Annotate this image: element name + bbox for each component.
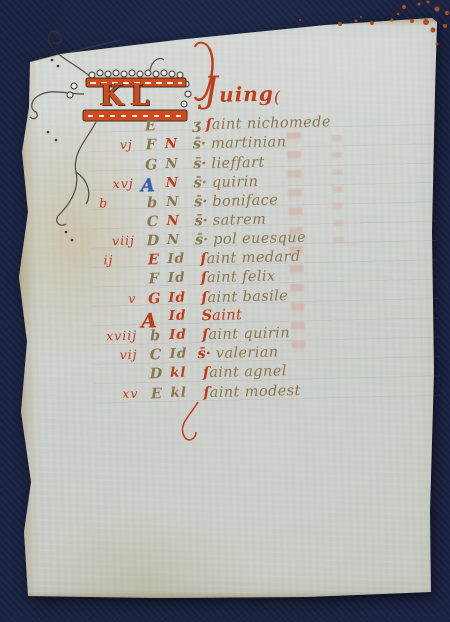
manuscript-leaf xyxy=(16,12,444,604)
leaf-top-edge xyxy=(166,18,436,26)
vellum-surface xyxy=(16,12,444,604)
photo-background: KL Juing( E ʒſaint nichomede vj F N s̄·m… xyxy=(0,0,450,622)
leaf-bottom-edge xyxy=(22,592,434,602)
kl-monogram: KL xyxy=(100,78,156,113)
leaf-left-edge xyxy=(16,52,36,600)
